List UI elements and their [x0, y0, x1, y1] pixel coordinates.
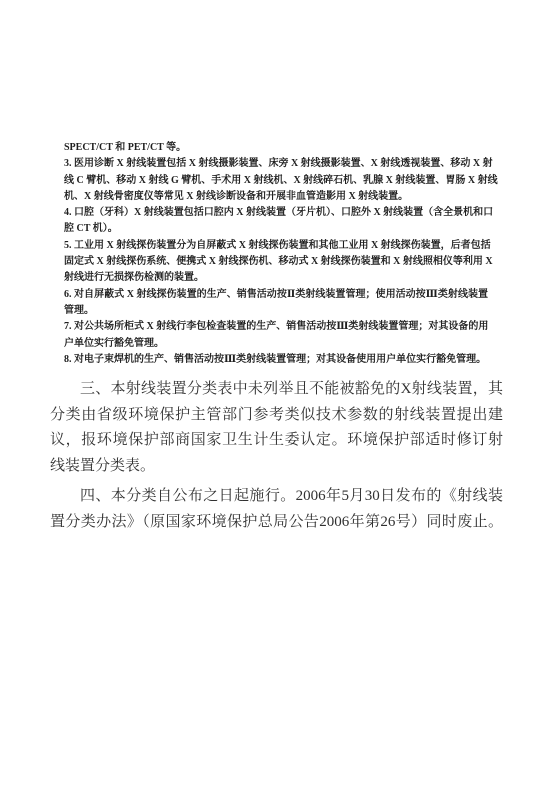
paragraph-line: 分类由省级环境保护主管部门参考类似技术参数的射线装置提出建: [50, 403, 503, 429]
note-line: 线 C 臂机、移动 X 射线 G 臂机、手术用 X 射线机、X 射线碎石机、乳腺…: [64, 173, 488, 189]
note-line: SPECT/CT 和 PET/CT 等。: [64, 140, 488, 156]
paragraph-line: 置分类办法》（原国家环境保护总局公告2006年第26号）同时废止。: [50, 510, 503, 536]
paragraph-article-3: 三、本射线装置分类表中未列举且不能被豁免的X射线装置，其分类由省级环境保护主管部…: [50, 377, 503, 479]
note-line: 5. 工业用 X 射线探伤装置分为自屏蔽式 X 射线探伤装置和其他工业用 X 射…: [64, 238, 488, 254]
note-line: 6. 对自屏蔽式 X 射线探伤装置的生产、销售活动按Ⅱ类射线装置管理；使用活动按…: [64, 287, 488, 303]
paragraph-line: 三、本射线装置分类表中未列举且不能被豁免的X射线装置，其: [50, 377, 503, 403]
document-page: SPECT/CT 和 PET/CT 等。3. 医用诊断 X 射线装置包括 X 射…: [0, 0, 544, 785]
note-line: 7. 对公共场所柜式 X 射线行李包检查装置的生产、销售活动按Ⅲ类射线装置管理；…: [64, 319, 488, 335]
body-section: 三、本射线装置分类表中未列举且不能被豁免的X射线装置，其分类由省级环境保护主管部…: [50, 377, 503, 536]
note-line: 机、X 射线骨密度仪等常见 X 射线诊断设备和开展非血管造影用 X 射线装置。: [64, 189, 488, 205]
notes-section: SPECT/CT 和 PET/CT 等。3. 医用诊断 X 射线装置包括 X 射…: [64, 140, 488, 368]
note-line: 射线进行无损探伤检测的装置。: [64, 270, 488, 286]
paragraph-line: 议，报环境保护部商国家卫生计生委认定。环境保护部适时修订射: [50, 428, 503, 454]
paragraph-article-4: 四、本分类自公布之日起施行。2006年5月30日发布的《射线装置分类办法》（原国…: [50, 484, 503, 535]
note-line: 腔 CT 机）。: [64, 221, 488, 237]
paragraph-line: 四、本分类自公布之日起施行。2006年5月30日发布的《射线装: [50, 484, 503, 510]
note-line: 固定式 X 射线探伤系统、便携式 X 射线探伤机、移动式 X 射线探伤装置和 X…: [64, 254, 488, 270]
note-line: 管理。: [64, 303, 488, 319]
note-line: 户单位实行豁免管理。: [64, 336, 488, 352]
note-line: 4. 口腔（牙科）X 射线装置包括口腔内 X 射线装置（牙片机）、口腔外 X 射…: [64, 205, 488, 221]
note-line: 3. 医用诊断 X 射线装置包括 X 射线摄影装置、床旁 X 射线摄影装置、X …: [64, 156, 488, 172]
paragraph-line: 线装置分类表。: [50, 454, 503, 480]
note-line: 8. 对电子束焊机的生产、销售活动按Ⅲ类射线装置管理；对其设备使用用户单位实行豁…: [64, 352, 488, 368]
